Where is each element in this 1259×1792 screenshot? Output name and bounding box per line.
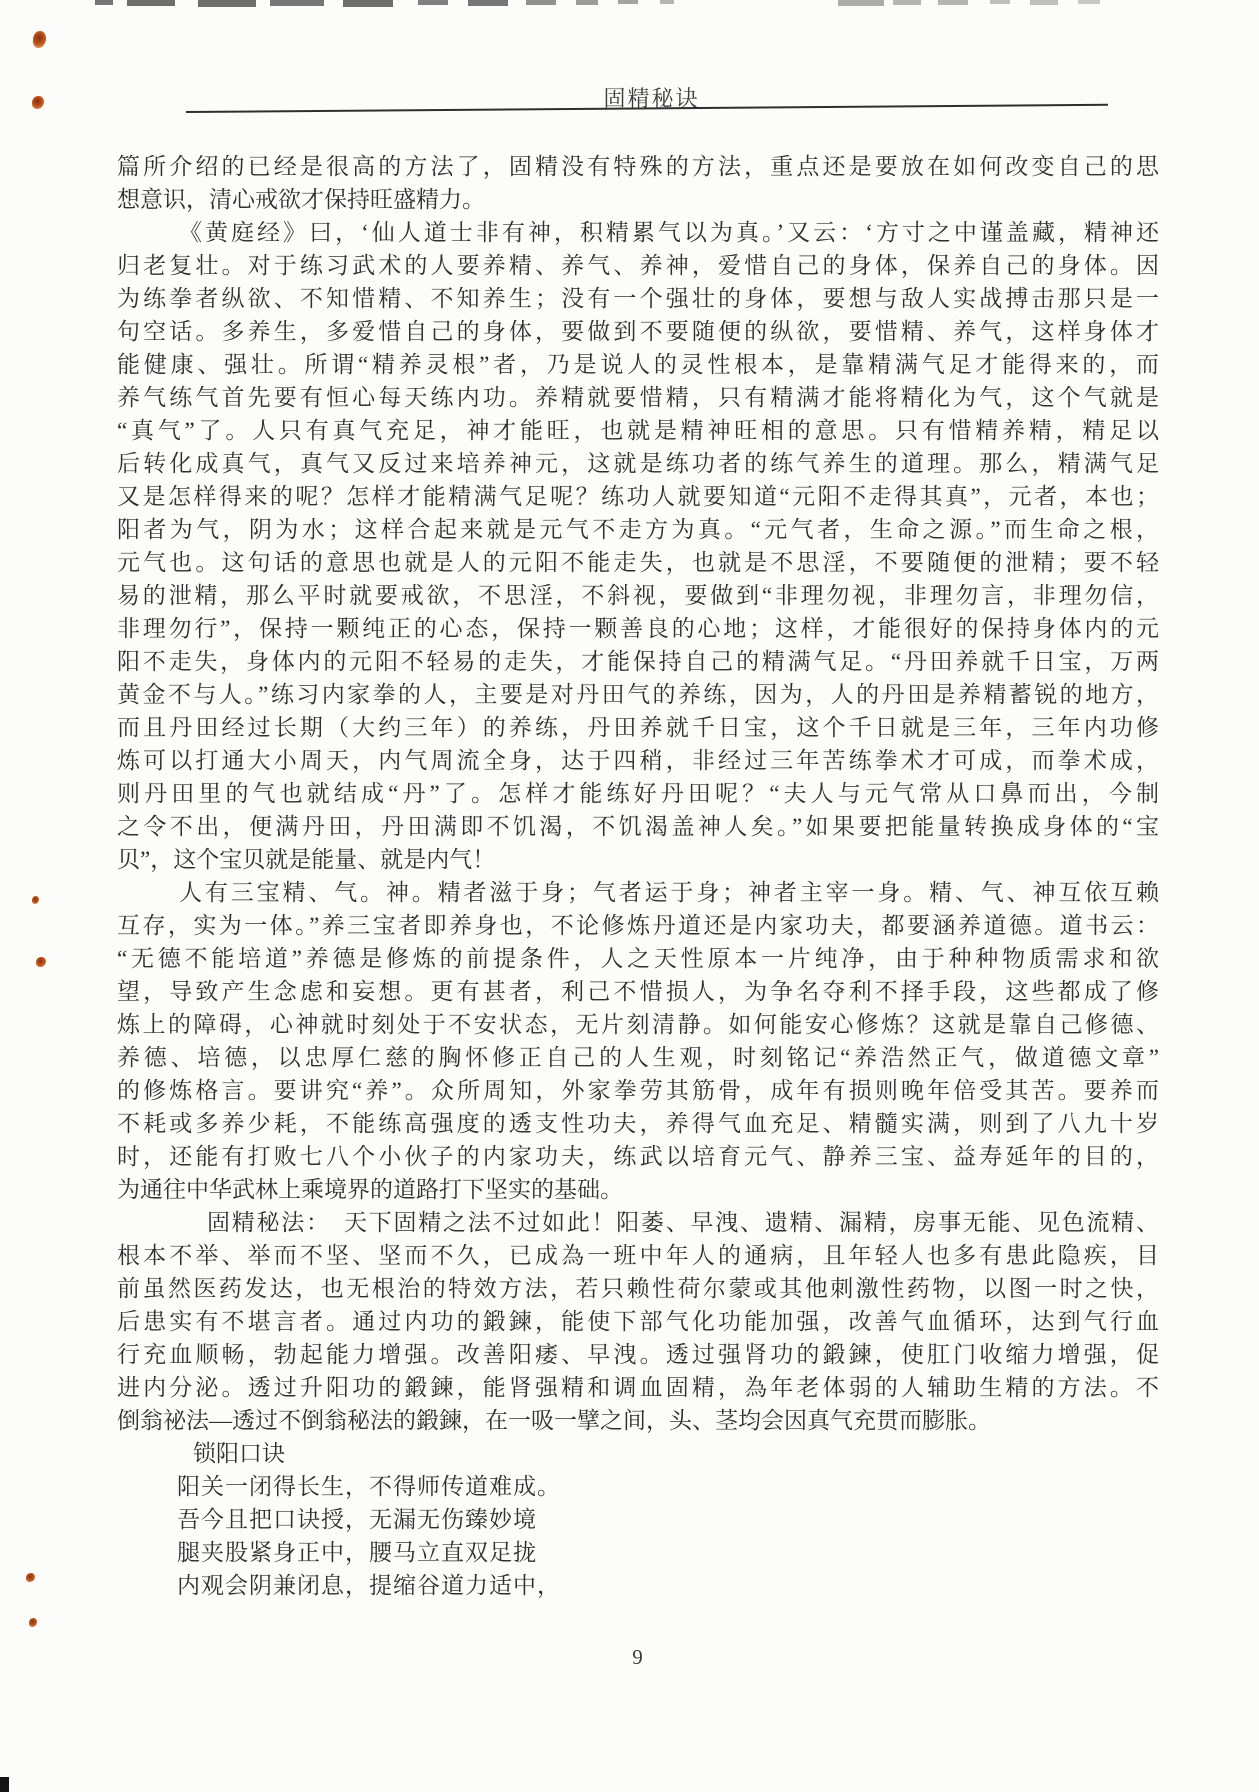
text-line: 人有三宝精、气。神。精者滋于身；气者运于身；神者主宰一身。精、气、神互依互赖 [117, 876, 1159, 909]
text-line: 阳不走失，身体内的元阳不轻易的走失，才能保持自己的精满气足。“丹田养就千日宝，万… [117, 645, 1159, 678]
text-line: “真气”了。人只有真气充足，神才能旺，也就是精神旺相的意思。只有惜精养精，精足以 [117, 414, 1159, 447]
text-line: 根本不举、举而不坚、坚而不久，已成為一班中年人的通病，且年轻人也多有患此隐疾，目 [117, 1239, 1159, 1272]
text-line: 后转化成真气，真气又反过来培养神元，这就是练功者的练气养生的道理。那么，精满气足 [117, 447, 1159, 480]
body-text: 篇所介绍的已经是很高的方法了，固精没有特殊的方法，重点还是要放在如何改变自己的思… [117, 150, 1159, 1602]
scan-artifact-stain [29, 1618, 37, 1627]
page-number: 9 [0, 1645, 1259, 1670]
scan-artifact-stain [26, 1573, 35, 1582]
text-line: 为通往中华武林上乘境界的道路打下坚实的基础。 [117, 1173, 1159, 1206]
text-line: 非理勿行”，保持一颗纯正的心态，保持一颗善良的心地；这样，才能很好的保持身体内的… [117, 612, 1159, 645]
scan-artifact-stain [32, 896, 39, 904]
text-line: 而且丹田经过长期（大约三年）的养练，丹田养就千日宝，这个千日就是三年，三年内功修 [117, 711, 1159, 744]
text-line: 进内分泌。透过升阳功的鍛鍊，能肾强精和调血固精，為年老体弱的人辅助生精的方法。不 [117, 1371, 1159, 1404]
text-line: 为练拳者纵欲、不知惜精、不知养生；没有一个强壮的身体，要想与敌人实战搏击那只是一 [117, 282, 1159, 315]
scanned-document-page: 固精秘诀 篇所介绍的已经是很高的方法了，固精没有特殊的方法，重点还是要放在如何改… [0, 0, 1259, 1792]
text-line: 养德、培德，以忠厚仁慈的胸怀修正自己的人生观，时刻铭记“养浩然正气，做道德文章” [117, 1041, 1159, 1074]
text-line: 句空话。多养生，多爱惜自己的身体，要做到不要随便的纵欲，要惜精、养气，这样身体才 [117, 315, 1159, 348]
text-line: 后患实有不堪言者。通过内功的鍛鍊，能使下部气化功能加强，改善气血循环，达到气行血 [117, 1305, 1159, 1338]
scan-artifact-top-edge [0, 0, 1259, 10]
text-line: 炼可以打通大小周天，内气周流全身，达于四稍，非经过三年苦练拳术才可成，而拳术成， [117, 744, 1159, 777]
text-line: 锁阳口诀 [117, 1437, 1159, 1470]
text-line: 篇所介绍的已经是很高的方法了，固精没有特殊的方法，重点还是要放在如何改变自己的思 [117, 150, 1159, 183]
text-line: 贝”，这个宝贝就是能量、就是内气！ [117, 843, 1159, 876]
scan-artifact-corner [0, 1777, 9, 1792]
text-line: 前虽然医药发达，也无根治的特效方法，若只赖性荷尔蒙或其他刺激性药物，以图一时之快… [117, 1272, 1159, 1305]
scan-artifact-stain [36, 957, 46, 967]
text-line: 想意识，清心戒欲才保持旺盛精力。 [117, 183, 1159, 216]
text-line: 的修炼格言。要讲究“养”。众所周知，外家拳劳其筋骨，成年有损则晚年倍受其苦。要养… [117, 1074, 1159, 1107]
text-line: 则丹田里的气也就结成“丹”了。怎样才能练好丹田呢？“夫人与元气常从口鼻而出，今制 [117, 777, 1159, 810]
text-line: 吾今且把口诀授，无漏无伤臻妙境 [117, 1503, 1159, 1536]
text-line: 之令不出，便满丹田，丹田满即不饥渴，不饥渴盖神人矣。”如果要把能量转换成身体的“… [117, 810, 1159, 843]
text-line: 腿夹股紧身正中，腰马立直双足拢 [117, 1536, 1159, 1569]
text-line: 阳者为气，阴为水；这样合起来就是元气不走方为真。“元气者，生命之源。”而生命之根… [117, 513, 1159, 546]
text-line: 固精秘法： 天下固精之法不过如此！阳萎、早洩、遗精、漏精，房事无能、见色流精、 [117, 1206, 1159, 1239]
scan-artifact-stain [33, 31, 46, 48]
text-line: 时，还能有打败七八个小伙子的内家功夫，练武以培育元气、静养三宝、益寿延年的目的， [117, 1140, 1159, 1173]
text-line: 又是怎样得来的呢？怎样才能精满气足呢？练功人就要知道“元阳不走得其真”，元者，本… [117, 480, 1159, 513]
text-line: 易的泄精，那么平时就要戒欲，不思淫，不斜视，要做到“非理勿视，非理勿言，非理勿信… [117, 579, 1159, 612]
text-line: 倒翁祕法—透过不倒翁秘法的鍛鍊，在一吸一擘之间，头、茎均会因真气充贯而膨胀。 [117, 1404, 1159, 1437]
text-line: 内观会阴兼闭息，提缩谷道力适中， [117, 1569, 1159, 1602]
text-line: 元气也。这句话的意思也就是人的元阳不能走失，也就是不思淫，不要随便的泄精；要不轻 [117, 546, 1159, 579]
text-line: 养气练气首先要有恒心每天练内功。养精就要惜精，只有精满才能将精化为气，这个气就是 [117, 381, 1159, 414]
text-line: 互存，实为一体。”养三宝者即养身也，不论修炼丹道还是内家功夫，都要涵养道德。道书… [117, 909, 1159, 942]
text-line: 炼上的障碍，心神就时刻处于不安状态，无片刻清静。如何能安心修炼？这就是靠自己修德… [117, 1008, 1159, 1041]
text-line: 阳关一闭得长生，不得师传道难成。 [117, 1470, 1159, 1503]
text-line: 黄金不与人。”练习内家拳的人，主要是对丹田气的养练，因为，人的丹田是养精蓄锐的地… [117, 678, 1159, 711]
text-line: “无德不能培道”养德是修炼的前提条件，人之天性原本一片纯净，由于种种物质需求和欲 [117, 942, 1159, 975]
text-line: 归老复壮。对于练习武术的人要养精、养气、养神，爱惜自己的身体，保养自己的身体。因 [117, 249, 1159, 282]
text-line: 行充血顺畅，勃起能力增强。改善阳痿、早洩。透过强肾功的鍛鍊，使肛门收缩力增强，促 [117, 1338, 1159, 1371]
text-line: 不耗或多养少耗，不能练高强度的透支性功夫，养得气血充足、精髓实满，则到了八九十岁 [117, 1107, 1159, 1140]
text-line: 《黄庭经》曰，‘仙人道士非有神，积精累气以为真。’又云：‘方寸之中谨盖藏，精神还 [117, 216, 1159, 249]
text-line: 望，导致产生念虑和妄想。更有甚者，利己不惜损人，为争名夺利不择手段，这些都成了修 [117, 975, 1159, 1008]
text-line: 能健康、强壮。所谓“精养灵根”者，乃是说人的灵性根本，是靠精满气足才能得来的，而 [117, 348, 1159, 381]
